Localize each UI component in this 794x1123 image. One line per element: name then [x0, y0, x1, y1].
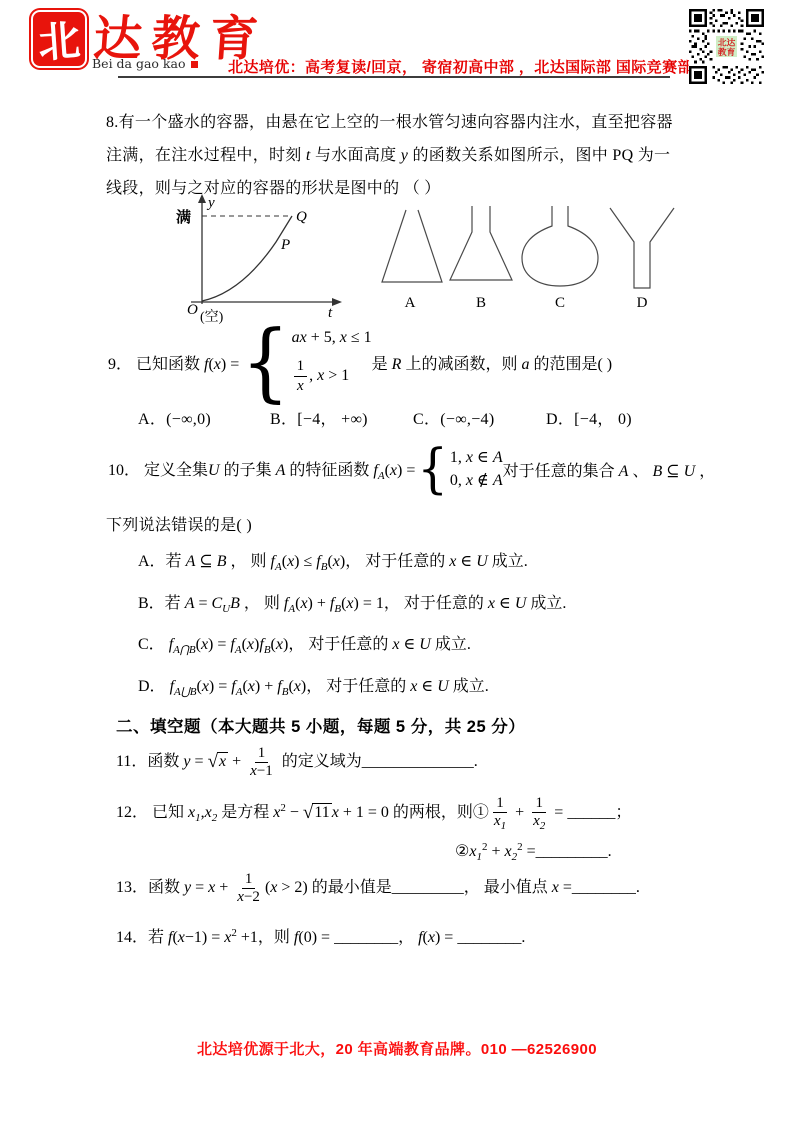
container-C-label: C [555, 295, 565, 311]
graph-label-p: P [280, 237, 290, 253]
q9-option-d: D．[−4， 0) [546, 406, 632, 429]
q9-case2: 1x, x > 1 [292, 357, 372, 396]
graph-t-arrow [332, 298, 342, 306]
section2-heading: 二、填空题（本大题共 5 小题，每题 5 分，共 25 分） [116, 713, 525, 737]
q9-suffix: 是 R 上的减函数，则 a 的范围是( ) [372, 351, 612, 374]
q10-option-a: A．若 A ⊆ B ， 则 fA(x) ≤ fB(x)， 对于任意的 x ∈ U… [138, 548, 528, 581]
logo-pinyin: Bei da gao kao [92, 56, 198, 71]
container-B-label: B [476, 295, 486, 311]
q10-option-c: C． fA⋂B(x) = fA(x)fB(x)， 对于任意的 x ∈ U 成立. [138, 631, 471, 664]
q8-line2: 注满，在注水过程中，时刻 t 与水面高度 y 的函数关系如图所示，图中 PQ 为… [106, 142, 670, 165]
q10-line2: 下列说法错误的是( ) [106, 512, 252, 535]
header-rule [118, 76, 670, 78]
container-A-shape [382, 210, 442, 282]
q9-case1: ax + 5, x ≤ 1 [292, 328, 372, 348]
q13-line: 13．函数 y = x + 1x−2(x > 2) 的最小值是_________… [116, 866, 640, 910]
graph-label-t: t [328, 305, 333, 321]
q14-line: 14．若 f(x−1) = x2 +1，则 f(0) = ________， f… [116, 916, 525, 955]
logo-seal-character: 北 [36, 8, 82, 71]
graph-label-y: y [206, 195, 215, 211]
logo-seal: 北 [31, 10, 87, 68]
qr-code: 北达 教育 [689, 9, 764, 84]
container-B-shape [450, 206, 512, 280]
q9-prefix: 9． 已知函数 f(x) = [108, 351, 239, 374]
graph-label-q: Q [296, 209, 307, 225]
container-A-label: A [405, 295, 416, 311]
q10-statement: 10． 定义全集U 的子集 A 的特征函数 fA(x) = { 1, x ∈ A… [108, 438, 715, 500]
container-C-shape [522, 206, 598, 286]
q10-option-b: B．若 A = CUB ， 则 fA(x) + fB(x) = 1， 对于任意的… [138, 590, 566, 623]
graph-curve [202, 216, 292, 301]
q10-suffix: 对于任意的集合 A 、 B ⊆ U ， [503, 458, 716, 481]
red-square-icon [191, 61, 198, 68]
q11-line: 11．函数 y = √x + 1x−1 的定义域为______________. [116, 740, 478, 784]
q9-brace: { [241, 326, 289, 398]
graph-label-full: 满 [176, 208, 191, 226]
qr-center-text-2: 教育 [717, 46, 736, 57]
q10-case1: 1, x ∈ A [450, 448, 503, 468]
graph-y-arrow [198, 194, 206, 203]
q8-graph: 满 y Q P O (空) t [162, 194, 354, 324]
container-D-shape [610, 208, 674, 288]
q9-option-c: C．(−∞,−4) [413, 406, 494, 429]
q9-option-b: B．[−4， +∞) [270, 406, 368, 429]
q10-prefix: 10． 定义全集U 的子集 A 的特征函数 fA(x) = [108, 457, 415, 482]
q8-containers: A B C D [360, 200, 680, 314]
header-tagline: 北达培优：高考复读/回京， 寄宿初高中部 ，北达国际部 国际竞赛部 [228, 56, 693, 77]
q9-option-a: A．(−∞,0) [138, 406, 211, 429]
q8-line1: 8.有一个盛水的容器，由悬在它上空的一根水管匀速向容器内注水，直至把容器 [106, 109, 673, 132]
container-D-label: D [637, 295, 648, 311]
footer-text: 北达培优源于北大，20 年高端教育品牌。010 —62526900 [0, 1038, 794, 1059]
graph-label-origin: O [187, 302, 198, 318]
q10-case2: 0, x ∉ A [450, 471, 503, 491]
q10-option-d: D． fA⋃B(x) = fA(x) + fB(x)， 对于任意的 x ∈ U … [138, 673, 489, 706]
q10-brace: { [417, 446, 448, 492]
q9-statement: 9． 已知函数 f(x) = { ax + 5, x ≤ 1 1x, x > 1… [108, 320, 612, 404]
